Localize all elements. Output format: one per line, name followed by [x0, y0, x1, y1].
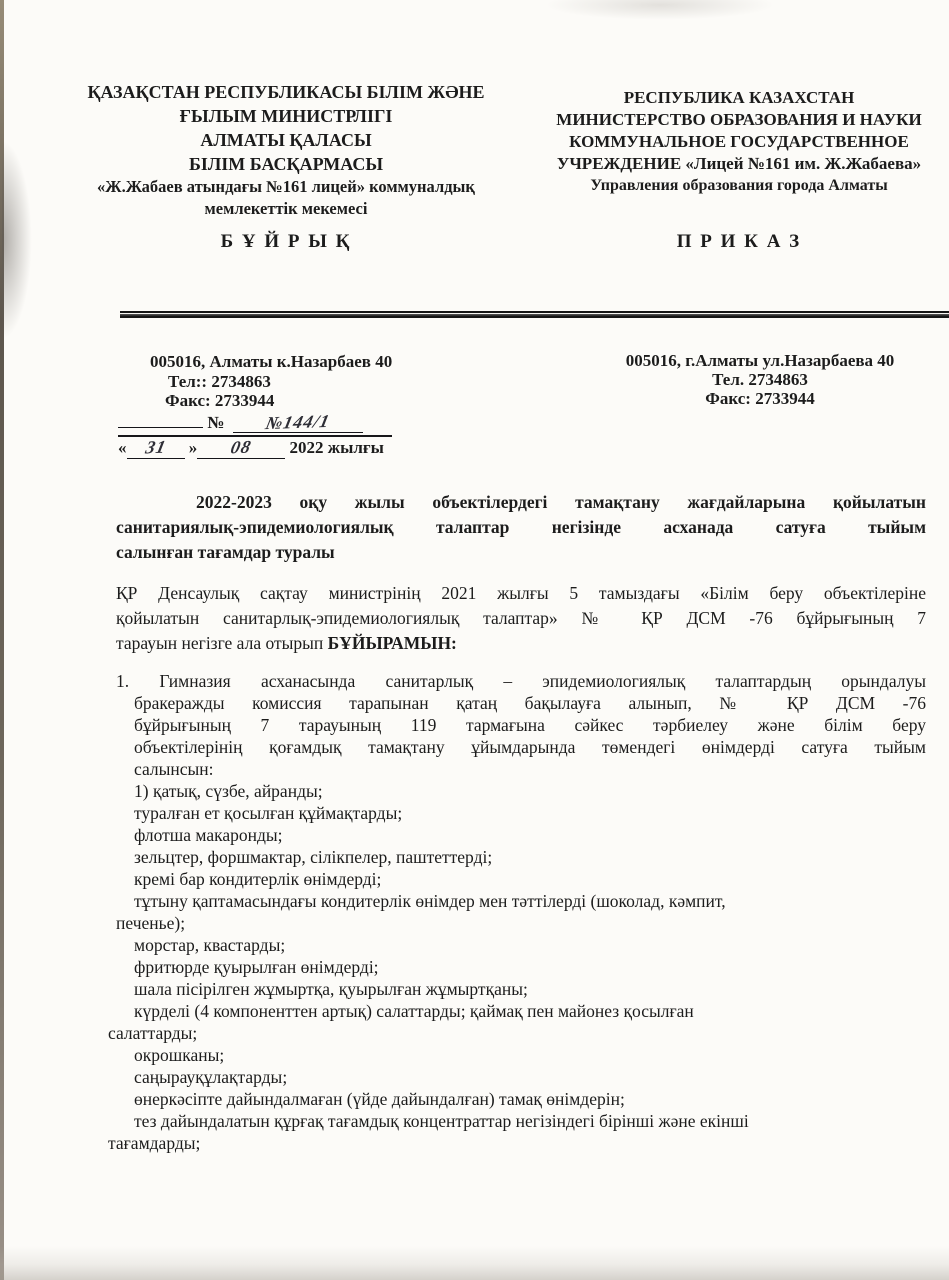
order-label-kazakh: Б Ұ Й Р Ы Қ: [62, 231, 510, 253]
scanned-order-document: ҚАЗАҚСТАН РЕСПУБЛИКАСЫ БІЛІМ ЖӘНЕ ҒЫЛЫМ …: [0, 0, 949, 1280]
list-item-continuation: тағамдарды;: [108, 1132, 926, 1154]
handwritten-order-number: №144/1: [264, 411, 332, 433]
order-label-russian: П Р И К А З: [533, 231, 945, 253]
scan-shade-bottom: [0, 1246, 949, 1280]
year-label: 2022 жылғы: [290, 438, 384, 457]
item-line: бұйрығының 7 тарауының 119 тармағына сәй…: [116, 714, 926, 736]
list-item-continuation: салаттарды;: [108, 1022, 926, 1044]
letterhead-line: ҚАЗАҚСТАН РЕСПУБЛИКАСЫ БІЛІМ ЖӘНЕ: [62, 80, 510, 104]
item-number: 1.: [116, 671, 129, 691]
list-item: флотша макаронды;: [116, 824, 926, 846]
list-item: морстар, квастарды;: [116, 934, 926, 956]
handwritten-month: 08: [229, 438, 253, 458]
handwritten-day: 31: [143, 438, 167, 458]
order-item-1: 1. Гимназия асханасында санитарлық – эпи…: [116, 670, 926, 780]
order-number-row: № №144/1: [118, 413, 392, 434]
order-title: 2022-2023 оқу жылы объектілердегі тамақт…: [116, 490, 926, 565]
quote-close: »: [189, 438, 198, 457]
letterhead-line: МИНИСТЕРСТВО ОБРАЗОВАНИЯ И НАУКИ: [533, 109, 945, 131]
month-underline: 08: [197, 438, 285, 459]
letterhead-russian: РЕСПУБЛИКА КАЗАХСТАН МИНИСТЕРСТВО ОБРАЗО…: [533, 87, 945, 196]
scan-smudge-top: [545, 0, 775, 20]
preamble-line: ҚР Денсаулық сақтау министрінің 2021 жыл…: [116, 581, 926, 606]
list-item: кремі бар кондитерлік өнімдерді;: [116, 868, 926, 890]
letterhead-line: АЛМАТЫ ҚАЛАСЫ: [62, 128, 510, 152]
preamble-line: қойылатын санитарлық-эпидемиологиялық та…: [116, 606, 926, 631]
title-line: 2022-2023 оқу жылы объектілердегі тамақт…: [116, 490, 926, 515]
order-body: 2022-2023 оқу жылы объектілердегі тамақт…: [116, 490, 926, 1154]
blank-underline: [118, 425, 203, 428]
order-preamble: ҚР Денсаулық сақтау министрінің 2021 жыл…: [116, 581, 926, 656]
letterhead-line: «Ж.Жабаев атындағы №161 лицей» коммуналд…: [62, 176, 510, 198]
address-block-russian: 005016, г.Алматы ул.Назарбаева 40 Тел. 2…: [595, 351, 925, 408]
list-item: туралған ет қосылған құймақтарды;: [116, 802, 926, 824]
fax-line: Факс: 2733944: [165, 391, 392, 411]
horizontal-rule: [120, 311, 949, 318]
address-block-kazakh: 005016, Алматы к.Назарбаев 40 Тел:: 2734…: [150, 352, 392, 459]
preamble-text: тарауын негізге ала отырып: [116, 633, 328, 653]
item-line: бракеражды комиссия тарапынан қатаң бақы…: [116, 692, 926, 714]
list-item: тез дайындалатын құрғақ тағамдық концент…: [116, 1110, 926, 1132]
letterhead-line: РЕСПУБЛИКА КАЗАХСТАН: [533, 87, 945, 109]
list-item: окрошканы;: [116, 1044, 926, 1066]
address-line: 005016, Алматы к.Назарбаев 40: [150, 352, 392, 372]
list-item: саңырауқұлақтарды;: [116, 1066, 926, 1088]
letterhead-line: Управления образования города Алматы: [533, 175, 945, 196]
resolve-word: БҰЙЫРАМЫН:: [328, 633, 457, 653]
address-line: 005016, г.Алматы ул.Назарбаева 40: [595, 351, 925, 370]
letterhead-line: БІЛІМ БАСҚАРМАСЫ: [62, 152, 510, 176]
item-line: салынсын:: [116, 758, 926, 780]
letterhead-line: ҒЫЛЫМ МИНИСТРЛІГІ: [62, 104, 510, 128]
preamble-line: тарауын негізге ала отырып БҰЙЫРАМЫН:: [116, 631, 926, 656]
number-underline: №144/1: [233, 413, 363, 434]
list-item: фритюрде қуырылған өнімдерді;: [116, 956, 926, 978]
quote-open: «: [118, 438, 127, 457]
list-item: күрделі (4 компоненттен артық) салаттард…: [116, 1000, 926, 1022]
list-item: шала пісірілген жұмыртқа, қуырылған жұмы…: [116, 978, 926, 1000]
list-item: зельцтер, форшмактар, сілікпелер, паштет…: [116, 846, 926, 868]
title-line: салынған тағамдар туралы: [116, 540, 926, 565]
letterhead-kazakh: ҚАЗАҚСТАН РЕСПУБЛИКАСЫ БІЛІМ ЖӘНЕ ҒЫЛЫМ …: [62, 80, 510, 220]
scan-shadow-left: [2, 140, 32, 340]
number-label: №: [207, 413, 224, 432]
list-item-continuation: печенье);: [116, 912, 926, 934]
letterhead-line: КОММУНАЛЬНОЕ ГОСУДАРСТВЕННОЕ: [533, 131, 945, 153]
letterhead-line: УЧРЕЖДЕНИЕ «Лицей №161 им. Ж.Жабаева»: [533, 153, 945, 175]
item-text: Гимназия асханасында санитарлық – эпидем…: [159, 671, 926, 691]
list-item: 1) қатық, сүзбе, айранды;: [116, 780, 926, 802]
day-underline: 31: [127, 438, 185, 459]
phone-line: Тел. 2734863: [595, 370, 925, 389]
title-line: санитариялық-эпидемиологиялық талаптар н…: [116, 515, 926, 540]
item-line: 1. Гимназия асханасында санитарлық – эпи…: [116, 670, 926, 692]
list-item: тұтыну қаптамасындағы кондитерлік өнімде…: [116, 890, 926, 912]
list-item: өнеркәсіпте дайындалмаған (үйде дайындал…: [116, 1088, 926, 1110]
order-date-row: «31 »08 2022 жылғы: [118, 438, 392, 459]
item-line: объектілерінің қоғамдық тамақтану ұйымда…: [116, 736, 926, 758]
fax-line: Факс: 2733944: [595, 389, 925, 408]
phone-line: Тел:: 2734863: [168, 372, 392, 392]
prohibited-foods-list: 1) қатық, сүзбе, айранды; туралған ет қо…: [116, 780, 926, 1154]
letterhead-line: мемлекеттік мекемесі: [62, 198, 510, 220]
